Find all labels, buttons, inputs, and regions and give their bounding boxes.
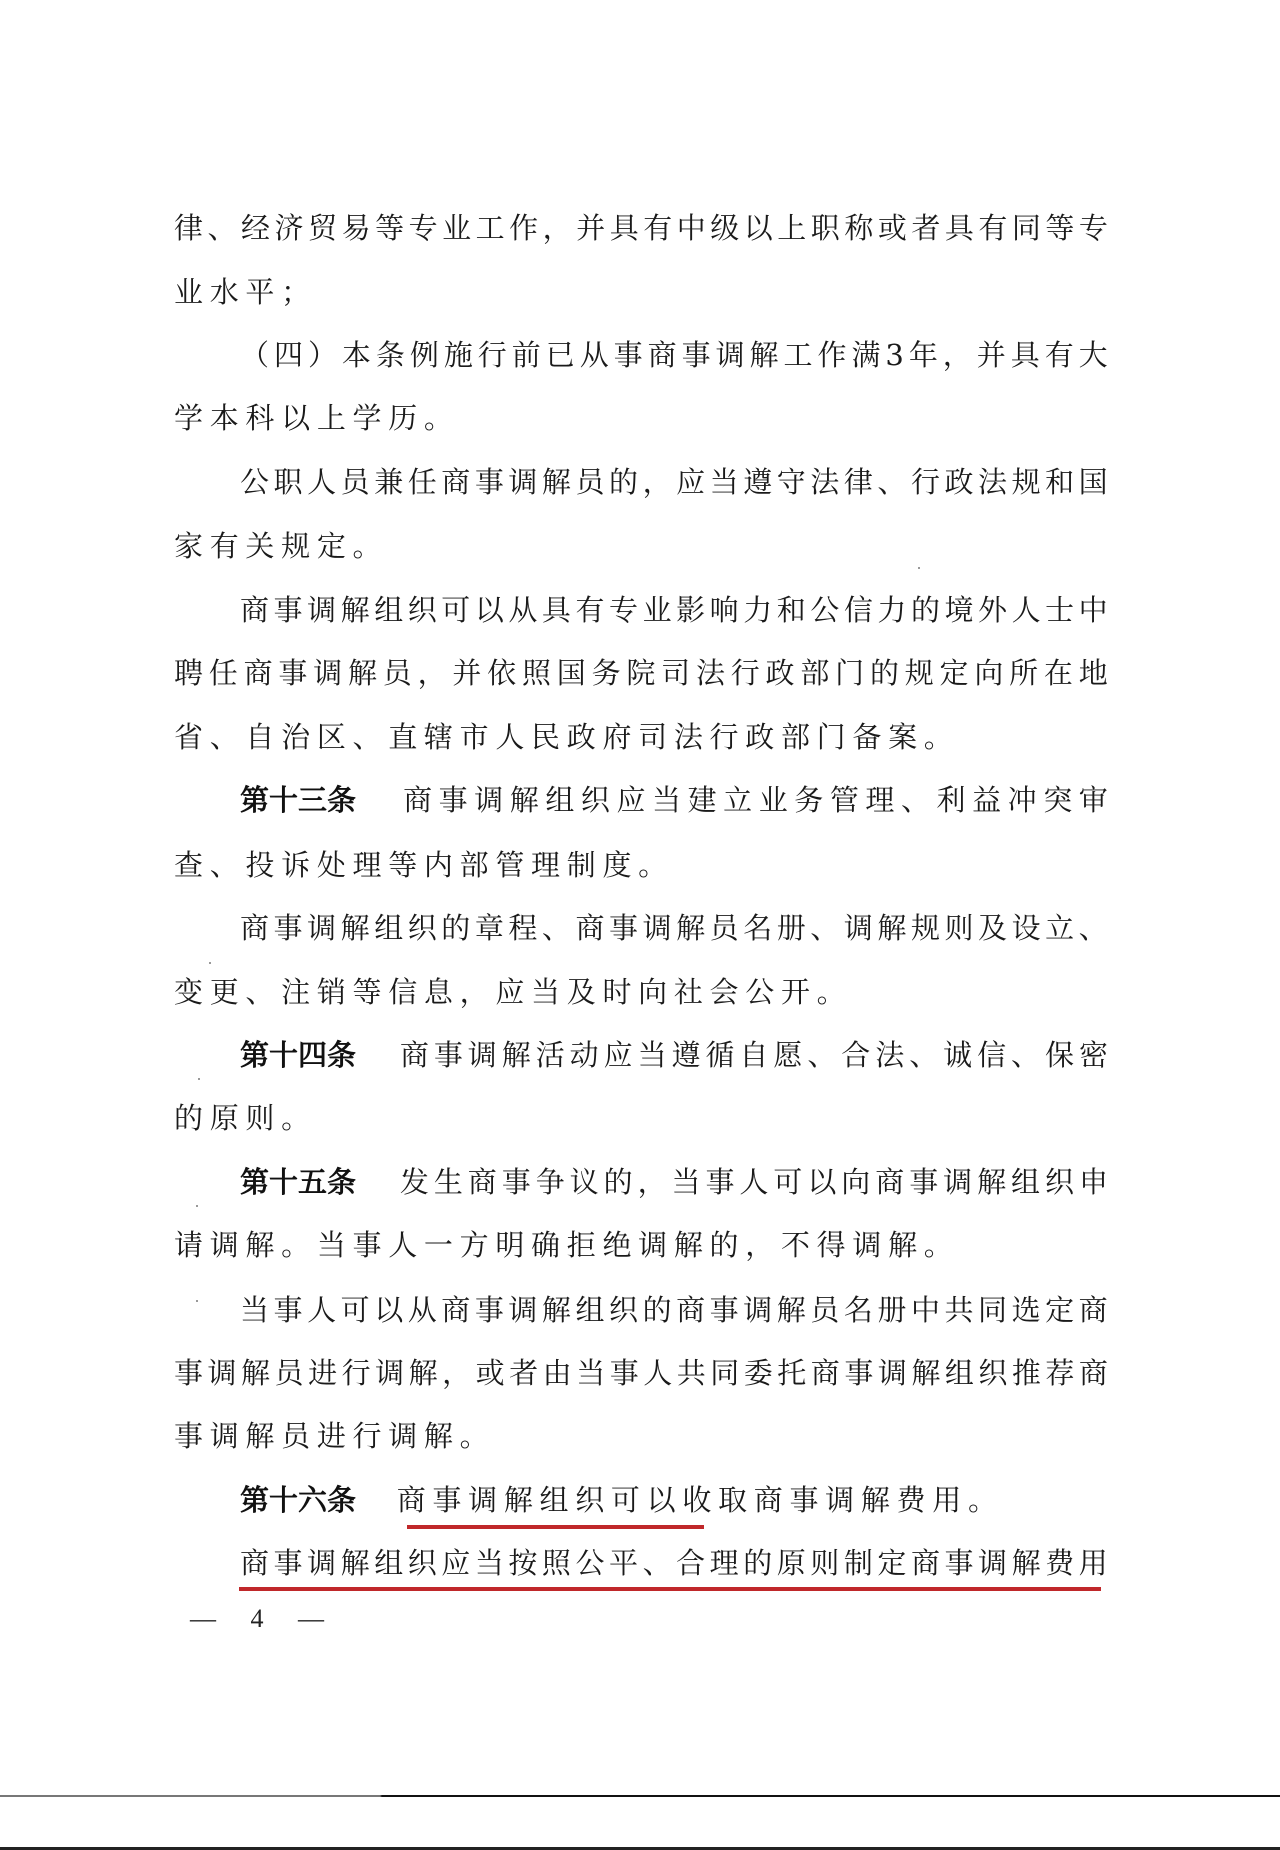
text-line: 变更、注销等信息，应当及时向社会公开。 (174, 972, 1108, 1012)
text-line: 事调解员进行调解，或者由当事人共同委托商事调解组织推荐商 (174, 1353, 1108, 1393)
text-line: 的原则。 (174, 1098, 1108, 1138)
text-line: 当事人可以从商事调解组织的商事调解员名册中共同选定商 (240, 1290, 1108, 1330)
text-line: 商事调解组织的章程、商事调解员名册、调解规则及设立、 (240, 908, 1108, 948)
article-heading: 第十四条 (240, 1035, 356, 1075)
scan-speck (196, 1205, 198, 1207)
text-line: 律、经济贸易等专业工作，并具有中级以上职称或者具有同等专 (174, 208, 1108, 248)
page-number: — 4 — (190, 1602, 338, 1636)
text-line: 查、投诉处理等内部管理制度。 (174, 845, 1108, 885)
text-line: 商事调解组织可以从具有专业影响力和公信力的境外人士中 (240, 590, 1108, 630)
article-14-line: 第十四条商事调解活动应当遵循自愿、合法、诚信、保密 (240, 1035, 1108, 1075)
article-13-line: 第十三条商事调解组织应当建立业务管理、利益冲突审 (240, 780, 1108, 820)
document-page: 律、经济贸易等专业工作，并具有中级以上职称或者具有同等专 业水平； （四）本条例… (0, 0, 1280, 1850)
article-heading: 第十五条 (240, 1162, 356, 1202)
scan-speck (198, 1078, 200, 1080)
article-heading: 第十六条 (240, 1480, 356, 1520)
text-line: 请调解。当事人一方明确拒绝调解的，不得调解。 (174, 1225, 1108, 1265)
scan-speck (196, 1300, 198, 1302)
red-underline-annotation (239, 1587, 1101, 1591)
text-line: 家有关规定。 (174, 526, 1108, 566)
text-line: 事调解员进行调解。 (174, 1416, 1108, 1456)
red-underline-annotation (407, 1525, 704, 1529)
scan-speck (918, 567, 920, 569)
text-line: 公职人员兼任商事调解员的，应当遵守法律、行政法规和国 (240, 462, 1108, 502)
text-line: 业水平； (174, 272, 1108, 312)
scan-edge-line (0, 1795, 1280, 1797)
text-line: 省、自治区、直辖市人民政府司法行政部门备案。 (174, 717, 1108, 757)
text-line: 商事调解组织应当按照公平、合理的原则制定商事调解费用 (240, 1543, 1108, 1583)
article-16-line: 第十六条商事调解组织可以收取商事调解费用。 (240, 1480, 1108, 1520)
article-heading: 第十三条 (240, 780, 356, 820)
text-line: 学本科以上学历。 (174, 398, 1108, 438)
scan-speck (209, 962, 211, 964)
text-line: （四）本条例施行前已从事商事调解工作满3年，并具有大 (240, 335, 1108, 375)
text-line: 聘任商事调解员，并依照国务院司法行政部门的规定向所在地 (174, 653, 1108, 693)
article-15-line: 第十五条发生商事争议的，当事人可以向商事调解组织申 (240, 1162, 1108, 1202)
